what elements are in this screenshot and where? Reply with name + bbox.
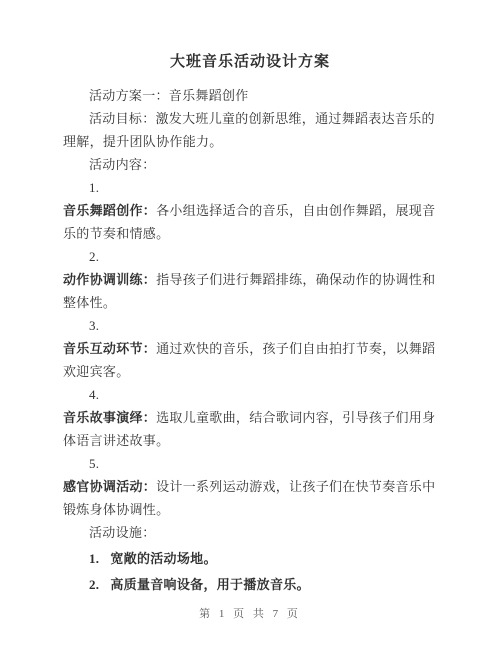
facility-number: 2.	[89, 577, 99, 592]
section-term: 动作协调训练：	[63, 272, 156, 287]
intro-paragraph-content-heading: 活动内容：	[63, 153, 437, 176]
section-number: 2.	[63, 245, 437, 268]
document-title: 大班音乐活动设计方案	[63, 50, 437, 74]
section-term: 感官协调活动：	[63, 479, 156, 494]
facilities-heading: 活动设施：	[63, 521, 437, 544]
section-paragraph: 感官协调活动：设计一系列运动游戏，让孩子们在快节奏音乐中锻炼身体协调性。	[63, 475, 437, 521]
section-paragraph: 音乐互动环节：通过欢快的音乐，孩子们自由拍打节奏，以舞蹈欢迎宾客。	[63, 337, 437, 383]
document-page: 大班音乐活动设计方案 活动方案一：音乐舞蹈创作 活动目标：激发大班儿童的创新思维…	[0, 0, 500, 647]
section-term: 音乐舞蹈创作：	[63, 203, 156, 218]
section-number: 1.	[63, 176, 437, 199]
section-paragraph: 音乐舞蹈创作：各小组选择适合的音乐，自由创作舞蹈，展现音乐的节奏和情感。	[63, 199, 437, 245]
intro-paragraph-plan: 活动方案一：音乐舞蹈创作	[63, 84, 437, 107]
section-number: 3.	[63, 314, 437, 337]
facility-text: 高质量音响设备，用于播放音乐。	[110, 577, 310, 592]
facility-text: 宽敞的活动场地。	[110, 551, 216, 566]
section-term: 音乐故事演绎：	[63, 410, 156, 425]
section-paragraph: 动作协调训练：指导孩子们进行舞蹈排练，确保动作的协调性和整体性。	[63, 268, 437, 314]
facility-item: 1.宽敞的活动场地。	[63, 547, 437, 570]
page-footer: 第 1 页 共 7 页	[0, 605, 500, 621]
facility-number: 1.	[89, 551, 99, 566]
section-number: 5.	[63, 452, 437, 475]
section-paragraph: 音乐故事演绎：选取儿童歌曲，结合歌词内容，引导孩子们用身体语言讲述故事。	[63, 406, 437, 452]
section-number: 4.	[63, 383, 437, 406]
intro-paragraph-goal: 活动目标：激发大班儿童的创新思维，通过舞蹈表达音乐的理解，提升团队协作能力。	[63, 107, 437, 153]
facility-item: 2.高质量音响设备，用于播放音乐。	[63, 573, 437, 596]
section-term: 音乐互动环节：	[63, 341, 156, 356]
